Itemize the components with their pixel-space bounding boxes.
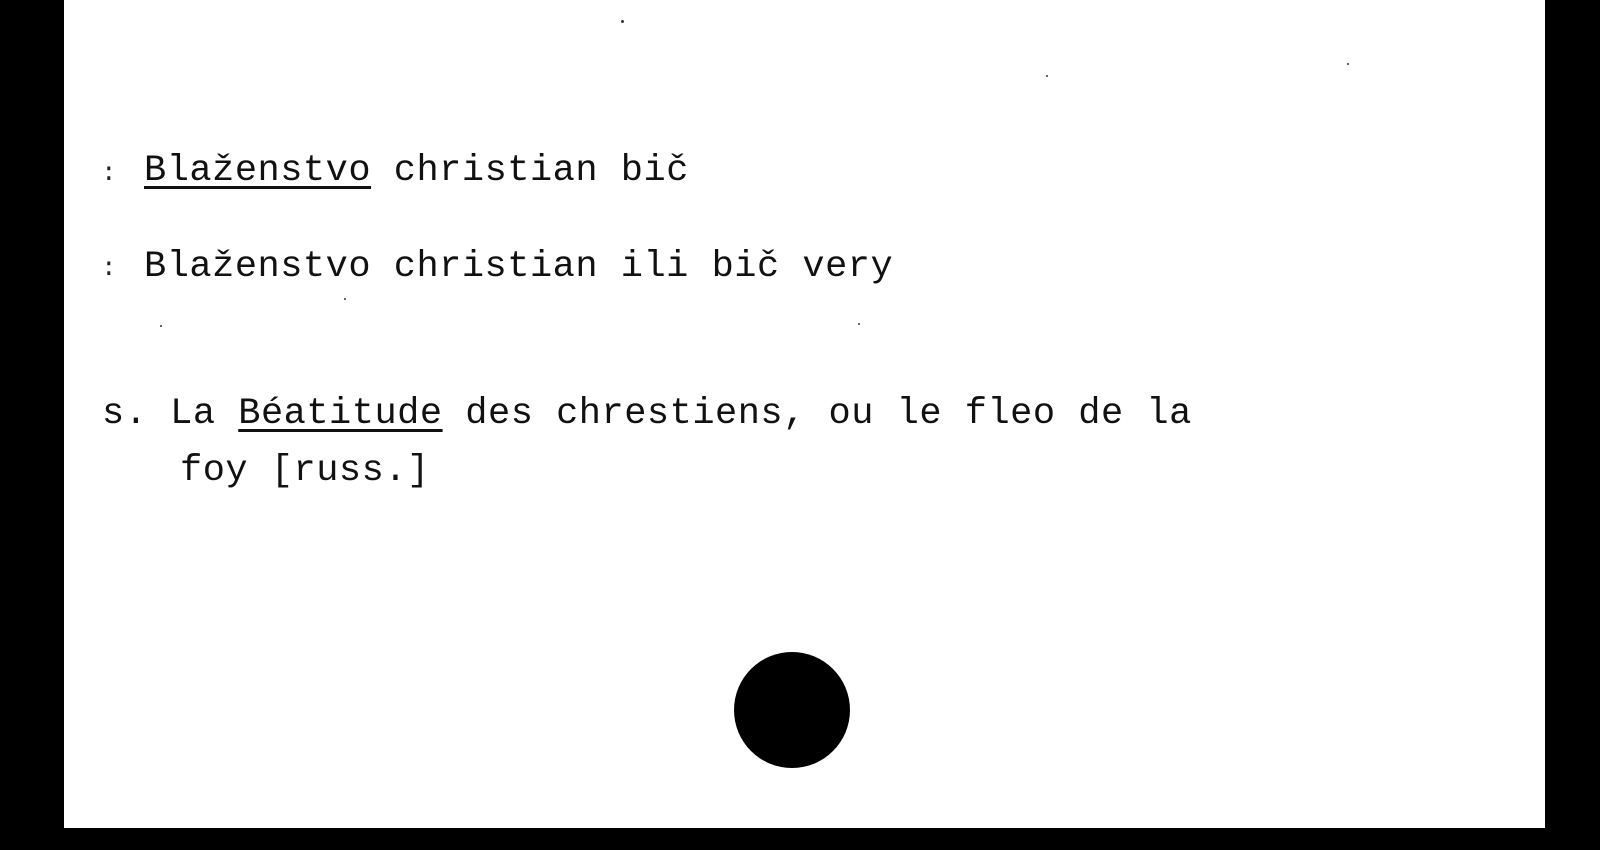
margin-mark: : [101, 160, 117, 186]
entry-line-3-continuation: foy [russ.] [180, 453, 430, 490]
punch-hole [734, 652, 850, 768]
speck [160, 325, 162, 327]
catalog-card: : Blaženstvo christian bič : Blaženstvo … [64, 0, 1545, 828]
margin-mark: : [101, 255, 117, 281]
speck [1347, 63, 1349, 65]
speck [858, 323, 860, 325]
entry-line-3: s. La Béatitude des chrestiens, ou le fl… [102, 396, 1192, 433]
speck [621, 20, 624, 23]
entry-line-1: Blaženstvo christian bič [144, 153, 689, 190]
entry-text: christian bič [371, 150, 689, 192]
entry-line-2: Blaženstvo christian ili bič very [144, 249, 893, 286]
speck [1046, 75, 1048, 77]
entry-prefix: s. La [102, 393, 238, 435]
underlined-title-word: Béatitude [238, 393, 442, 435]
underlined-heading: Blaženstvo [144, 150, 371, 192]
speck [344, 298, 346, 300]
entry-text: des chrestiens, ou le fleo de la [443, 393, 1192, 435]
